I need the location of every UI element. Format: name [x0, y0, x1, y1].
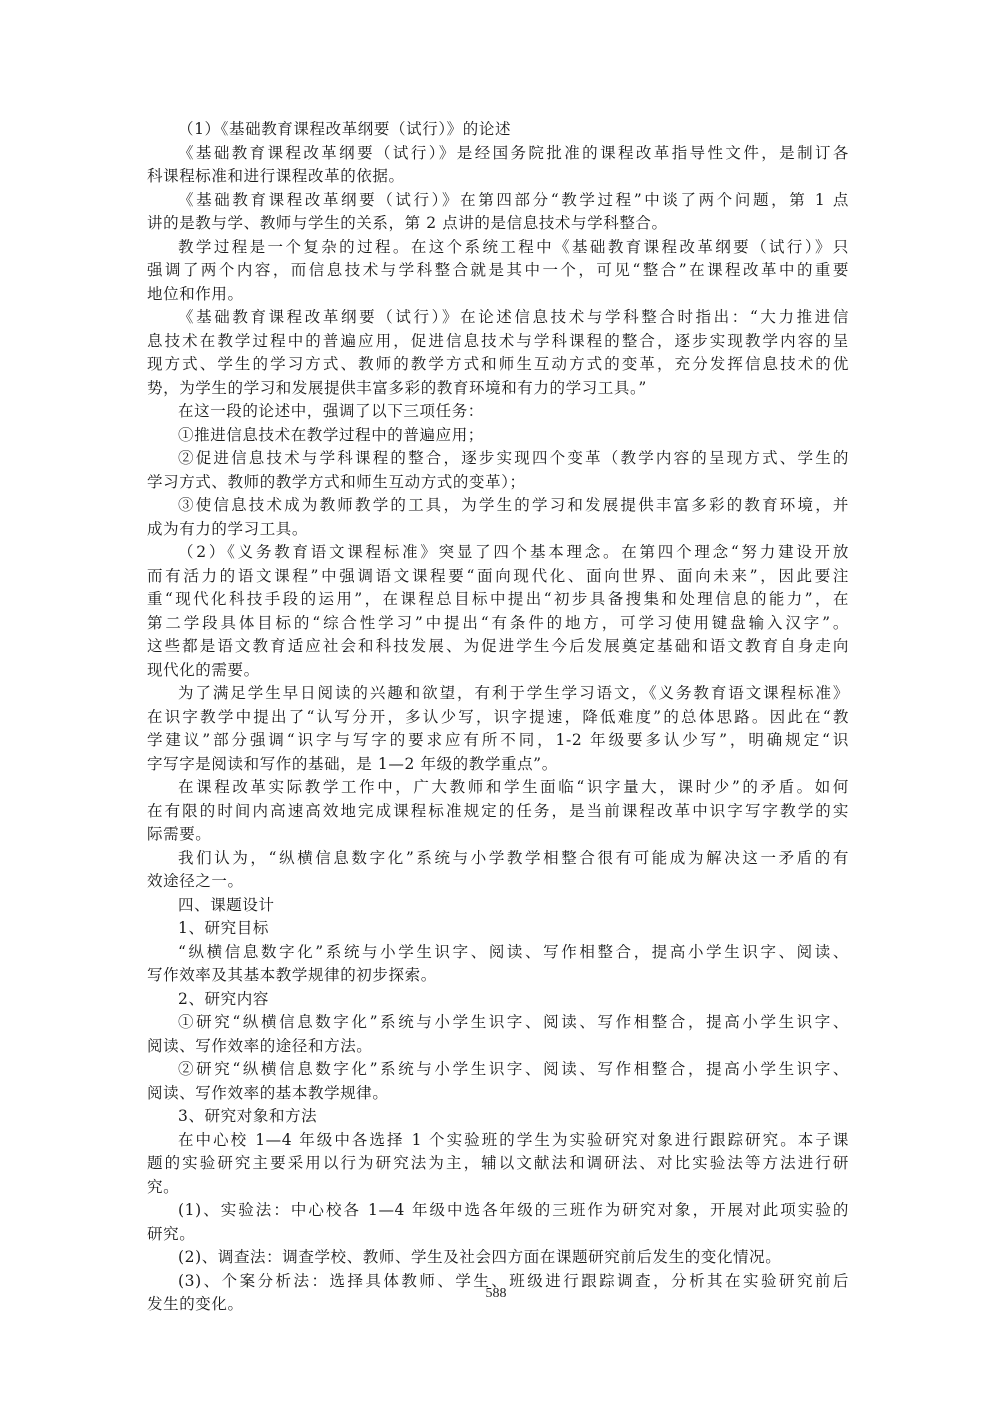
text-line: 阅读、写作效率的基本教学规律。	[147, 1082, 849, 1106]
text-line: 际需要。	[147, 823, 849, 847]
paragraph: （2）《义务教育语文课程标准》突显了四个基本理念。在第四个理念“努力建设开放而有…	[147, 541, 849, 682]
paragraph: 《基础教育课程改革纲要（试行）》是经国务院批准的课程改革指导性文件，是制订各科课…	[147, 142, 849, 189]
text-line: 现代化的需要。	[147, 659, 849, 683]
text-line: 《基础教育课程改革纲要（试行）》在第四部分“教学过程”中谈了两个问题，第 1 点	[147, 189, 849, 213]
text-line: 为了满足学生早日阅读的兴趣和欲望，有利于学生学习语文，《义务教育语文课程标准》	[147, 682, 849, 706]
text-line: 学习方式、教师的教学方式和师生互动方式的变革）；	[147, 471, 849, 495]
paragraph: ①研究“纵横信息数字化”系统与小学生识字、阅读、写作相整合，提高小学生识字、阅读…	[147, 1011, 849, 1058]
text-line: 息技术在教学过程中的普遍应用，促进信息技术与学科课程的整合，逐步实现教学内容的呈	[147, 330, 849, 354]
text-line: 重“现代化科技手段的运用”，在课程总目标中提出“初步具备搜集和处理信息的能力”，…	[147, 588, 849, 612]
text-line: 《基础教育课程改革纲要（试行）》在论述信息技术与学科整合时指出：“大力推进信	[147, 306, 849, 330]
text-line: 在课程改革实际教学工作中，广大教师和学生面临“识字量大，课时少”的矛盾。如何	[147, 776, 849, 800]
text-line: 在识字教学中提出了“认写分开，多认少写，识字提速，降低难度”的总体思路。因此在“…	[147, 706, 849, 730]
paragraph: ②研究“纵横信息数字化”系统与小学生识字、阅读、写作相整合，提高小学生识字、阅读…	[147, 1058, 849, 1105]
paragraph: 在这一段的论述中，强调了以下三项任务：	[147, 400, 849, 424]
paragraph: 《基础教育课程改革纲要（试行）》在论述信息技术与学科整合时指出：“大力推进信息技…	[147, 306, 849, 400]
text-line: ②研究“纵横信息数字化”系统与小学生识字、阅读、写作相整合，提高小学生识字、	[147, 1058, 849, 1082]
text-line: 究。	[147, 1176, 849, 1200]
paragraph: ①推进信息技术在教学过程中的普遍应用；	[147, 424, 849, 448]
text-line: 2、研究内容	[147, 988, 849, 1012]
paragraph: 为了满足学生早日阅读的兴趣和欲望，有利于学生学习语文，《义务教育语文课程标准》在…	[147, 682, 849, 776]
paragraph: 四、课题设计	[147, 894, 849, 918]
text-line: 3、研究对象和方法	[147, 1105, 849, 1129]
paragraph: 在中心校 1—4 年级中各选择 1 个实验班的学生为实验研究对象进行跟踪研究。本…	[147, 1129, 849, 1200]
text-line: 学建议”部分强调“识字与写字的要求应有所不同，1-2 年级要多认少写”，明确规定…	[147, 729, 849, 753]
text-line: 教学过程是一个复杂的过程。在这个系统工程中《基础教育课程改革纲要（试行）》只	[147, 236, 849, 260]
text-line: 在中心校 1—4 年级中各选择 1 个实验班的学生为实验研究对象进行跟踪研究。本…	[147, 1129, 849, 1153]
text-line: 在这一段的论述中，强调了以下三项任务：	[147, 400, 849, 424]
text-line: 我们认为，“纵横信息数字化”系统与小学教学相整合很有可能成为解决这一矛盾的有	[147, 847, 849, 871]
text-line: 《基础教育课程改革纲要（试行）》是经国务院批准的课程改革指导性文件，是制订各	[147, 142, 849, 166]
text-line: 第二学段具体目标的“综合性学习”中提出“有条件的地方，可学习使用键盘输入汉字”。	[147, 612, 849, 636]
text-line: 研究。	[147, 1223, 849, 1247]
text-line: 而有活力的语文课程”中强调语文课程要“面向现代化、面向世界、面向未来”，因此要注	[147, 565, 849, 589]
text-line: 强调了两个内容，而信息技术与学科整合就是其中一个，可见“整合”在课程改革中的重要	[147, 259, 849, 283]
text-line: 1、研究目标	[147, 917, 849, 941]
text-line: 这些都是语文教育适应社会和科技发展、为促进学生今后发展奠定基础和语文教育自身走向	[147, 635, 849, 659]
text-line: ①推进信息技术在教学过程中的普遍应用；	[147, 424, 849, 448]
text-line: ③使信息技术成为教师教学的工具，为学生的学习和发展提供丰富多彩的教育环境，并	[147, 494, 849, 518]
text-line: （1）《基础教育课程改革纲要（试行）》的论述	[147, 118, 849, 142]
text-line: （2）《义务教育语文课程标准》突显了四个基本理念。在第四个理念“努力建设开放	[147, 541, 849, 565]
paragraph: (1)、实验法：中心校各 1—4 年级中选各年级的三班作为研究对象，开展对此项实…	[147, 1199, 849, 1246]
text-line: 题的实验研究主要采用以行为研究法为主，辅以文献法和调研法、对比实验法等方法进行研	[147, 1152, 849, 1176]
text-line: 势，为学生的学习和发展提供丰富多彩的教育环境和有力的学习工具。”	[147, 377, 849, 401]
text-line: 四、课题设计	[147, 894, 849, 918]
paragraph: ③使信息技术成为教师教学的工具，为学生的学习和发展提供丰富多彩的教育环境，并成为…	[147, 494, 849, 541]
paragraph: 我们认为，“纵横信息数字化”系统与小学教学相整合很有可能成为解决这一矛盾的有效途…	[147, 847, 849, 894]
page-number: 588	[0, 1286, 992, 1302]
paragraph: 3、研究对象和方法	[147, 1105, 849, 1129]
paragraph: ②促进信息技术与学科课程的整合，逐步实现四个变革（教学内容的呈现方式、学生的学习…	[147, 447, 849, 494]
text-line: 现方式、学生的学习方式、教师的教学方式和师生互动方式的变革，充分发挥信息技术的优	[147, 353, 849, 377]
text-line: 成为有力的学习工具。	[147, 518, 849, 542]
text-line: 地位和作用。	[147, 283, 849, 307]
paragraph: “纵横信息数字化”系统与小学生识字、阅读、写作相整合，提高小学生识字、阅读、写作…	[147, 941, 849, 988]
text-line: (2)、调查法：调查学校、教师、学生及社会四方面在课题研究前后发生的变化情况。	[147, 1246, 849, 1270]
text-line: 阅读、写作效率的途径和方法。	[147, 1035, 849, 1059]
text-line: 效途径之一。	[147, 870, 849, 894]
paragraph: 《基础教育课程改革纲要（试行）》在第四部分“教学过程”中谈了两个问题，第 1 点…	[147, 189, 849, 236]
paragraph: (2)、调查法：调查学校、教师、学生及社会四方面在课题研究前后发生的变化情况。	[147, 1246, 849, 1270]
text-line: ②促进信息技术与学科课程的整合，逐步实现四个变革（教学内容的呈现方式、学生的	[147, 447, 849, 471]
paragraph: 2、研究内容	[147, 988, 849, 1012]
text-line: (1)、实验法：中心校各 1—4 年级中选各年级的三班作为研究对象，开展对此项实…	[147, 1199, 849, 1223]
text-line: 科课程标准和进行课程改革的依据。	[147, 165, 849, 189]
text-line: 在有限的时间内高速高效地完成课程标准规定的任务，是当前课程改革中识字写字教学的实	[147, 800, 849, 824]
text-line: “纵横信息数字化”系统与小学生识字、阅读、写作相整合，提高小学生识字、阅读、	[147, 941, 849, 965]
text-line: 字写字是阅读和写作的基础，是 1—2 年级的教学重点”。	[147, 753, 849, 777]
text-line: 讲的是教与学、教师与学生的关系，第 2 点讲的是信息技术与学科整合。	[147, 212, 849, 236]
paragraph: 教学过程是一个复杂的过程。在这个系统工程中《基础教育课程改革纲要（试行）》只强调…	[147, 236, 849, 307]
document-body: （1）《基础教育课程改革纲要（试行）》的论述《基础教育课程改革纲要（试行）》是经…	[147, 118, 849, 1317]
paragraph: 在课程改革实际教学工作中，广大教师和学生面临“识字量大，课时少”的矛盾。如何在有…	[147, 776, 849, 847]
text-line: ①研究“纵横信息数字化”系统与小学生识字、阅读、写作相整合，提高小学生识字、	[147, 1011, 849, 1035]
text-line: 写作效率及其基本教学规律的初步探索。	[147, 964, 849, 988]
paragraph: 1、研究目标	[147, 917, 849, 941]
paragraph: （1）《基础教育课程改革纲要（试行）》的论述	[147, 118, 849, 142]
